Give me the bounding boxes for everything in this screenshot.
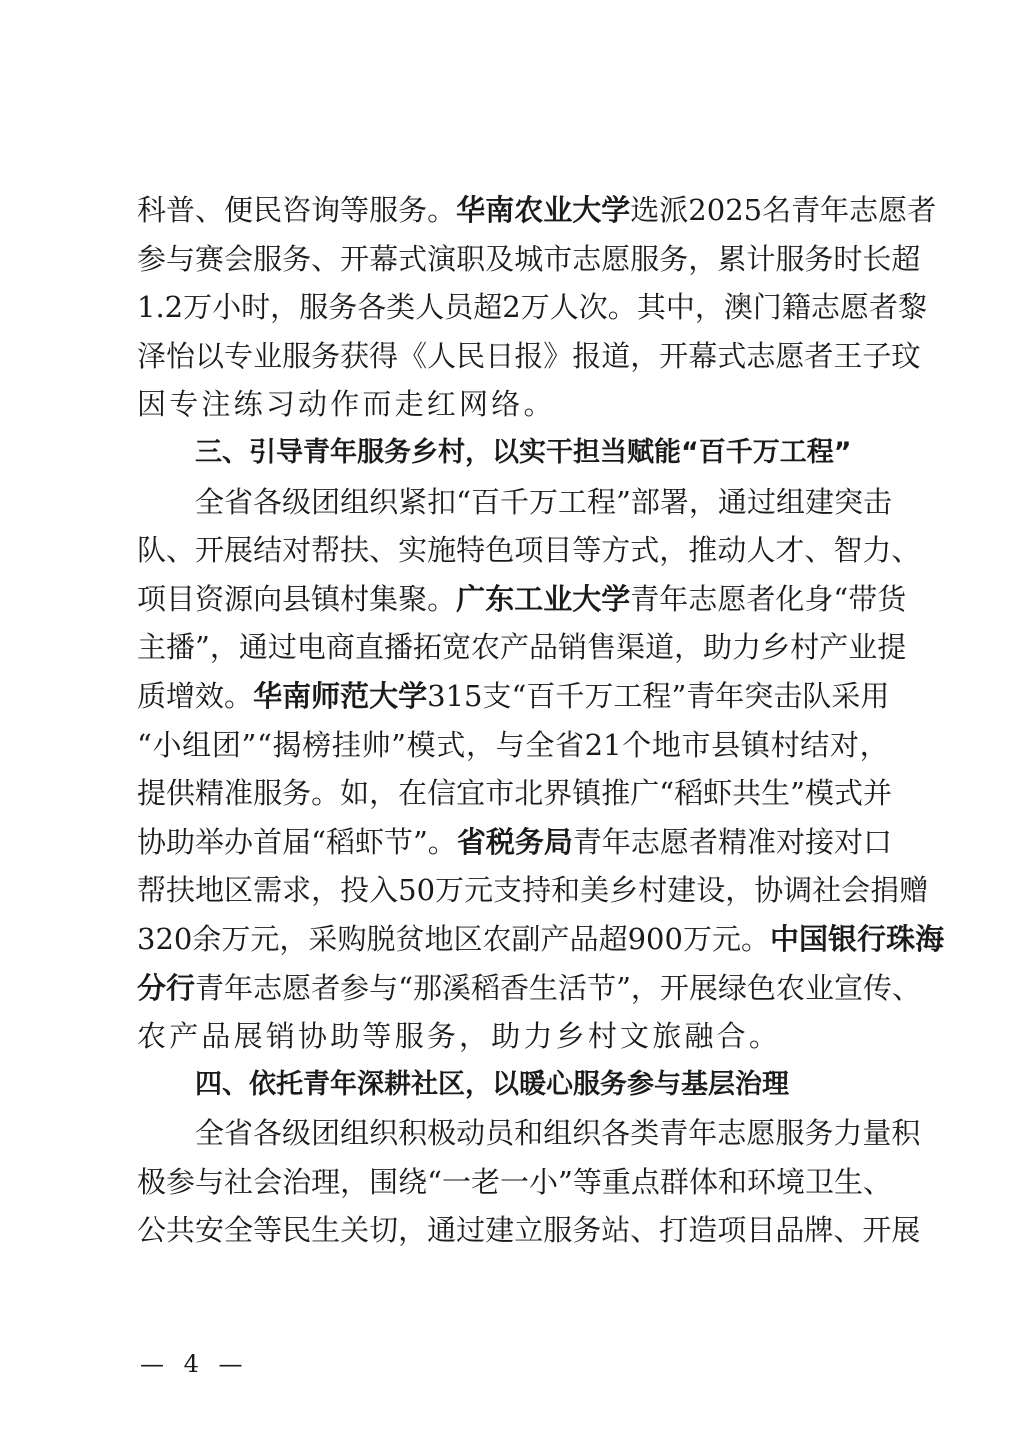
- text-char: 等: [572, 526, 601, 575]
- text-char: 2025: [688, 186, 762, 235]
- text-char: 突: [834, 478, 863, 527]
- text-char: 站: [601, 1206, 630, 1255]
- text-char: 积: [891, 1109, 920, 1158]
- text-char: 扣: [427, 478, 456, 527]
- text-char: 、: [195, 186, 224, 235]
- paragraph-line: 提供精准服务。如，在信宜市北界镇推广“稻虾共生”模式并: [137, 769, 889, 818]
- text-char: 业: [805, 964, 834, 1013]
- text-char: 购: [337, 915, 366, 964]
- text-char: 、: [166, 526, 195, 575]
- text-char: 突: [744, 672, 773, 721]
- bold-org-name-char: 南: [485, 186, 514, 235]
- text-char: 青: [573, 818, 602, 867]
- text-char: 结: [253, 526, 282, 575]
- text-char: 色: [485, 526, 514, 575]
- text-char: 900: [628, 915, 683, 964]
- text-char: 咨: [282, 186, 311, 235]
- text-char: 类: [630, 1109, 659, 1158]
- text-char: 青: [791, 186, 820, 235]
- text-char: 团: [212, 721, 241, 770]
- text-char: 节: [587, 964, 616, 1013]
- text-char: 愿: [840, 283, 869, 332]
- text-char: 品: [529, 623, 558, 672]
- text-char: 模: [407, 721, 436, 770]
- text-char: 和: [551, 866, 580, 915]
- text-char: 播: [166, 623, 195, 672]
- paragraph-line: 协助举办首届“稻虾节”。省税务局青年志愿者精准对接对口: [137, 818, 889, 867]
- bold-org-name-char: 银: [828, 915, 857, 964]
- text-char: 目: [746, 1206, 775, 1255]
- text-char: 员: [444, 283, 473, 332]
- text-char: 扶: [166, 866, 195, 915]
- text-char: 治: [282, 1158, 311, 1207]
- text-char: 与: [496, 721, 525, 770]
- text-char: 获: [340, 332, 369, 381]
- text-char: 镇: [311, 575, 340, 624]
- text-char: 县: [282, 575, 311, 624]
- text-char: 习: [266, 380, 295, 429]
- text-char: 员: [485, 1109, 514, 1158]
- text-char: 务: [427, 1012, 456, 1061]
- text-char: 设: [696, 866, 725, 915]
- text-char: ，: [369, 769, 398, 818]
- text-char: ，: [659, 526, 688, 575]
- text-char: 城: [514, 235, 543, 284]
- text-char: 投: [340, 866, 369, 915]
- text-char: 销: [266, 1012, 295, 1061]
- text-char: 共: [166, 1206, 195, 1255]
- text-char: 采: [308, 915, 337, 964]
- text-char: 式: [436, 721, 465, 770]
- bold-org-name-char: 大: [369, 672, 398, 721]
- text-char: 区: [454, 915, 483, 964]
- text-char: 合: [717, 1012, 746, 1061]
- text-char: 志: [717, 1109, 746, 1158]
- text-char: 直: [355, 623, 384, 672]
- text-char: 动: [298, 380, 327, 429]
- bold-org-name-char: 海: [915, 915, 944, 964]
- text-char: 质: [137, 672, 166, 721]
- text-char: 电: [297, 623, 326, 672]
- text-char: 、: [369, 526, 398, 575]
- text-char: 省: [555, 721, 584, 770]
- text-char: 一: [500, 1158, 529, 1207]
- bold-org-name-char: 分: [137, 964, 166, 1013]
- text-char: 万: [435, 866, 464, 915]
- text-char: 一: [442, 1158, 471, 1207]
- text-char: 、: [833, 1206, 862, 1255]
- text-char: 累: [717, 235, 746, 284]
- text-char: 籍: [782, 283, 811, 332]
- text-char: 幕: [369, 235, 398, 284]
- text-char: 宜: [456, 769, 485, 818]
- text-char: 稻: [326, 818, 355, 867]
- text-char: 玟: [891, 332, 920, 381]
- text-char: 社: [224, 1158, 253, 1207]
- text-char: 以: [195, 332, 224, 381]
- text-char: 个: [622, 721, 651, 770]
- text-char: 类: [386, 283, 415, 332]
- text-char: 资: [195, 575, 224, 624]
- text-char: ”: [616, 478, 631, 527]
- text-char: 工: [558, 478, 587, 527]
- text-char: 织: [572, 1109, 601, 1158]
- text-char: 、: [863, 1158, 892, 1207]
- text-char: 民: [456, 332, 485, 381]
- bold-org-name-char: 广: [456, 575, 485, 624]
- text-char: ”: [616, 964, 631, 1013]
- bold-org-name-char: 华: [253, 672, 282, 721]
- text-char: 力: [732, 623, 761, 672]
- text-char: 团: [311, 478, 340, 527]
- text-char: 动: [456, 1109, 485, 1158]
- text-char: 宣: [834, 964, 863, 1013]
- text-char: 社: [812, 866, 841, 915]
- text-char: 、: [630, 1206, 659, 1255]
- text-char: ”: [558, 1158, 573, 1207]
- text-char: ，: [860, 721, 889, 770]
- text-char: 、: [892, 964, 921, 1013]
- text-char: 各: [253, 1109, 282, 1158]
- text-char: 志: [631, 818, 660, 867]
- text-char: 民: [282, 1206, 311, 1255]
- bold-org-name-char: 师: [311, 672, 340, 721]
- text-char: 服: [299, 283, 328, 332]
- text-char: 围: [369, 1158, 398, 1207]
- paragraph-line: 参与赛会服务、开幕式演职及城市志愿服务，累计服务时长超: [137, 235, 889, 284]
- text-char: 百: [471, 478, 500, 527]
- text-char: 挂: [332, 721, 361, 770]
- text-char: 50: [398, 866, 435, 915]
- text-char: 县: [711, 721, 740, 770]
- text-char: 增: [166, 672, 195, 721]
- text-char: 北: [514, 769, 543, 818]
- text-char: 服: [253, 769, 282, 818]
- text-char: 王: [833, 332, 862, 381]
- text-char: 人: [746, 526, 775, 575]
- paragraph-line: 320余万元，采购脱贫地区农副产品超900万元。中国银行珠海: [137, 915, 889, 964]
- text-char: 参: [166, 1158, 195, 1207]
- text-char: 式: [630, 526, 659, 575]
- heading-text: 三、引导青年服务乡村，以实干担当赋能“百千万工程”: [195, 429, 852, 478]
- text-char: 虾: [703, 769, 732, 818]
- text-char: 生: [529, 964, 558, 1013]
- text-char: 建: [485, 1206, 514, 1255]
- text-char: 幕: [688, 332, 717, 381]
- text-char: 村: [638, 866, 667, 915]
- text-char: 展: [689, 964, 718, 1013]
- text-char: 化: [775, 575, 804, 624]
- text-char: 愿: [746, 1109, 775, 1158]
- text-char: 榜: [302, 721, 331, 770]
- text-char: 极: [137, 1158, 166, 1207]
- text-char: 用: [860, 672, 889, 721]
- text-char: 务: [804, 235, 833, 284]
- text-char: 人: [427, 332, 456, 381]
- text-char: “: [833, 575, 848, 624]
- text-char: 与: [195, 1158, 224, 1207]
- paragraph-line: 队、开展结对帮扶、实施特色项目等方式，推动人才、智力、: [137, 526, 889, 575]
- text-char: 香: [500, 964, 529, 1013]
- text-char: 农: [137, 1012, 166, 1061]
- text-char: 1.2: [137, 283, 183, 332]
- text-char: “: [137, 721, 152, 770]
- text-char: 者: [907, 186, 936, 235]
- text-char: 走: [395, 380, 424, 429]
- text-char: 及: [485, 235, 514, 284]
- text-char: 采: [831, 672, 860, 721]
- text-char: 推: [601, 769, 630, 818]
- text-char: 精: [718, 818, 747, 867]
- text-char: 服: [253, 235, 282, 284]
- bold-org-name-char: 局: [544, 818, 573, 867]
- text-char: 。: [741, 915, 770, 964]
- text-char: 地: [424, 915, 453, 964]
- text-char: 开: [195, 526, 224, 575]
- text-char: 播: [384, 623, 413, 672]
- text-char: 量: [862, 1109, 891, 1158]
- text-char: 帮: [137, 866, 166, 915]
- text-char: 道: [601, 332, 630, 381]
- text-char: 力: [833, 1109, 862, 1158]
- text-char: 对: [282, 526, 311, 575]
- paragraph-line: 极参与社会治理，围绕“一老一小”等重点群体和环境卫生、: [137, 1158, 889, 1207]
- text-char: ”: [391, 721, 406, 770]
- bold-org-name-char: 省: [457, 818, 486, 867]
- text-char: 者: [746, 575, 775, 624]
- text-char: 立: [514, 1206, 543, 1255]
- text-char: 怡: [166, 332, 195, 381]
- bold-org-name-char: 学: [601, 575, 630, 624]
- text-char: 黎: [898, 283, 927, 332]
- text-char: 》: [543, 332, 572, 381]
- text-char: 农: [776, 964, 805, 1013]
- text-char: 村: [790, 623, 819, 672]
- text-char: 与: [166, 235, 195, 284]
- text-char: 助: [330, 1012, 359, 1061]
- bold-org-name-char: 税: [486, 818, 515, 867]
- text-char: 通: [718, 478, 747, 527]
- text-char: 地: [195, 866, 224, 915]
- text-char: 协: [137, 818, 166, 867]
- text-char: 千: [555, 672, 584, 721]
- text-char: 志: [811, 283, 840, 332]
- paragraph-line: 全省各级团组织积极动员和组织各类青年志愿服务力量积: [137, 1109, 889, 1158]
- text-char: 关: [340, 1206, 369, 1255]
- text-char: 务: [282, 235, 311, 284]
- text-char: 击: [773, 672, 802, 721]
- text-char: 网: [459, 380, 488, 429]
- text-char: 副: [512, 915, 541, 964]
- text-char: 日: [485, 332, 514, 381]
- text-char: 虾: [355, 818, 384, 867]
- text-char: 力: [523, 1012, 552, 1061]
- text-char: 愿: [601, 235, 630, 284]
- bold-org-name-char: 中: [770, 915, 799, 964]
- text-char: 服: [369, 186, 398, 235]
- text-char: 力: [862, 526, 891, 575]
- text-char: 向: [253, 575, 282, 624]
- text-char: 万: [529, 478, 558, 527]
- text-char: 务: [398, 186, 427, 235]
- text-char: 服: [395, 1012, 424, 1061]
- text-char: 业: [253, 332, 282, 381]
- text-char: 省: [224, 1109, 253, 1158]
- text-char: 农: [483, 915, 512, 964]
- text-char: 过: [456, 1206, 485, 1255]
- text-char: 青: [659, 1109, 688, 1158]
- text-char: 青: [630, 575, 659, 624]
- text-char: 年: [688, 1109, 717, 1158]
- text-char: 项: [514, 526, 543, 575]
- text-char: 售: [587, 623, 616, 672]
- text-char: 余: [192, 915, 221, 964]
- text-char: 询: [311, 186, 340, 235]
- text-char: 人: [550, 283, 579, 332]
- text-char: 境: [776, 1158, 805, 1207]
- text-char: 会: [253, 1158, 282, 1207]
- text-char: 开: [862, 1206, 891, 1255]
- text-char: 组: [340, 478, 369, 527]
- text-char: 式: [398, 235, 427, 284]
- text-char: 、: [311, 235, 340, 284]
- text-char: 源: [224, 575, 253, 624]
- text-char: 方: [601, 526, 630, 575]
- bold-org-name-char: 华: [456, 186, 485, 235]
- text-char: 小: [529, 1158, 558, 1207]
- text-char: 315: [427, 672, 482, 721]
- text-char: 子: [862, 332, 891, 381]
- text-char: 愿: [775, 332, 804, 381]
- text-char: 镇: [741, 721, 770, 770]
- text-char: 乡: [761, 623, 790, 672]
- text-char: 乡: [609, 866, 638, 915]
- text-char: 展: [891, 1206, 920, 1255]
- text-char: 生: [834, 1158, 863, 1207]
- text-char: 点: [631, 1158, 660, 1207]
- text-char: ”: [195, 623, 210, 672]
- text-char: ，: [674, 623, 703, 672]
- text-char: 拓: [413, 623, 442, 672]
- text-char: 造: [688, 1206, 717, 1255]
- text-char: 扶: [340, 526, 369, 575]
- text-char: 队: [802, 672, 831, 721]
- text-char: 年: [659, 575, 688, 624]
- section-heading: 四、依托青年深耕社区，以暖心服务参与基层治理: [137, 1061, 889, 1110]
- paragraph-line: 公共安全等民生关切，通过建立服务站、打造项目品牌、开展: [137, 1206, 889, 1255]
- text-char: 举: [195, 818, 224, 867]
- text-char: 脱: [366, 915, 395, 964]
- section-heading: 三、引导青年服务乡村，以实干担当赋能“百千万工程”: [137, 429, 889, 478]
- text-char: 紧: [398, 478, 427, 527]
- text-char: 各: [601, 1109, 630, 1158]
- text-char: 才: [775, 526, 804, 575]
- text-char: ”: [413, 818, 428, 867]
- text-char: 愿: [717, 575, 746, 624]
- text-char: 主: [137, 623, 166, 672]
- text-char: 320: [137, 915, 192, 964]
- text-char: 署: [660, 478, 689, 527]
- text-char: 商: [326, 623, 355, 672]
- text-char: 销: [558, 623, 587, 672]
- text-char: 渠: [616, 623, 645, 672]
- text-char: 提: [877, 623, 906, 672]
- text-char: 万: [521, 283, 550, 332]
- text-char: 愿: [660, 818, 689, 867]
- text-char: “: [311, 818, 326, 867]
- paragraph-line: 帮扶地区需求，投入50万元支持和美乡村建设，协调社会捐赠: [137, 866, 889, 915]
- text-char: 。: [608, 283, 637, 332]
- text-char: 助: [166, 818, 195, 867]
- text-char: 绿: [718, 964, 747, 1013]
- text-char: 文: [620, 1012, 649, 1061]
- text-char: 村: [771, 721, 800, 770]
- text-char: 开: [340, 235, 369, 284]
- paragraph-line: 因专注练习动作而走红网络。: [137, 380, 889, 429]
- text-char: 赠: [899, 866, 928, 915]
- text-char: 首: [253, 818, 282, 867]
- text-char: 门: [753, 283, 782, 332]
- text-char: 。: [427, 575, 456, 624]
- text-char: 共: [732, 769, 761, 818]
- text-char: “: [512, 672, 527, 721]
- text-char: 长: [862, 235, 891, 284]
- text-char: 通: [239, 623, 268, 672]
- text-char: 实: [398, 526, 427, 575]
- text-char: 协: [754, 866, 783, 915]
- text-char: 服: [775, 235, 804, 284]
- text-char: 民: [253, 186, 282, 235]
- text-char: 对: [776, 818, 805, 867]
- text-char: 稻: [674, 769, 703, 818]
- text-char: ，: [631, 964, 660, 1013]
- text-char: 色: [747, 964, 776, 1013]
- text-char: 。: [427, 186, 456, 235]
- text-char: 服: [630, 235, 659, 284]
- text-char: 推: [688, 526, 717, 575]
- text-char: “: [659, 769, 674, 818]
- text-char: 式: [834, 769, 863, 818]
- text-char: 供: [166, 769, 195, 818]
- text-char: 如: [340, 769, 369, 818]
- text-char: 传: [863, 964, 892, 1013]
- text-char: 组: [776, 478, 805, 527]
- document-body: 科普、便民咨询等服务。华南农业大学选派2025名青年志愿者参与赛会服务、开幕式演…: [137, 186, 889, 1255]
- text-char: 万: [683, 915, 712, 964]
- text-char: 小: [152, 721, 181, 770]
- text-char: 卫: [805, 1158, 834, 1207]
- text-char: 支: [483, 672, 512, 721]
- text-char: “: [456, 478, 471, 527]
- text-char: 群: [660, 1158, 689, 1207]
- text-char: 市: [682, 721, 711, 770]
- text-char: 道: [645, 623, 674, 672]
- text-char: ，: [210, 623, 239, 672]
- text-char: 者: [804, 332, 833, 381]
- text-char: ，: [725, 866, 754, 915]
- text-char: 公: [137, 1206, 166, 1255]
- text-char: 年: [602, 818, 631, 867]
- text-char: 货: [877, 575, 906, 624]
- text-char: 超: [891, 235, 920, 284]
- text-char: 团: [311, 1109, 340, 1158]
- text-char: ，: [630, 332, 659, 381]
- text-char: 会: [841, 866, 870, 915]
- text-char: 人: [415, 283, 444, 332]
- text-char: ，: [689, 478, 718, 527]
- text-char: 注: [201, 380, 230, 429]
- text-char: 。: [523, 380, 552, 429]
